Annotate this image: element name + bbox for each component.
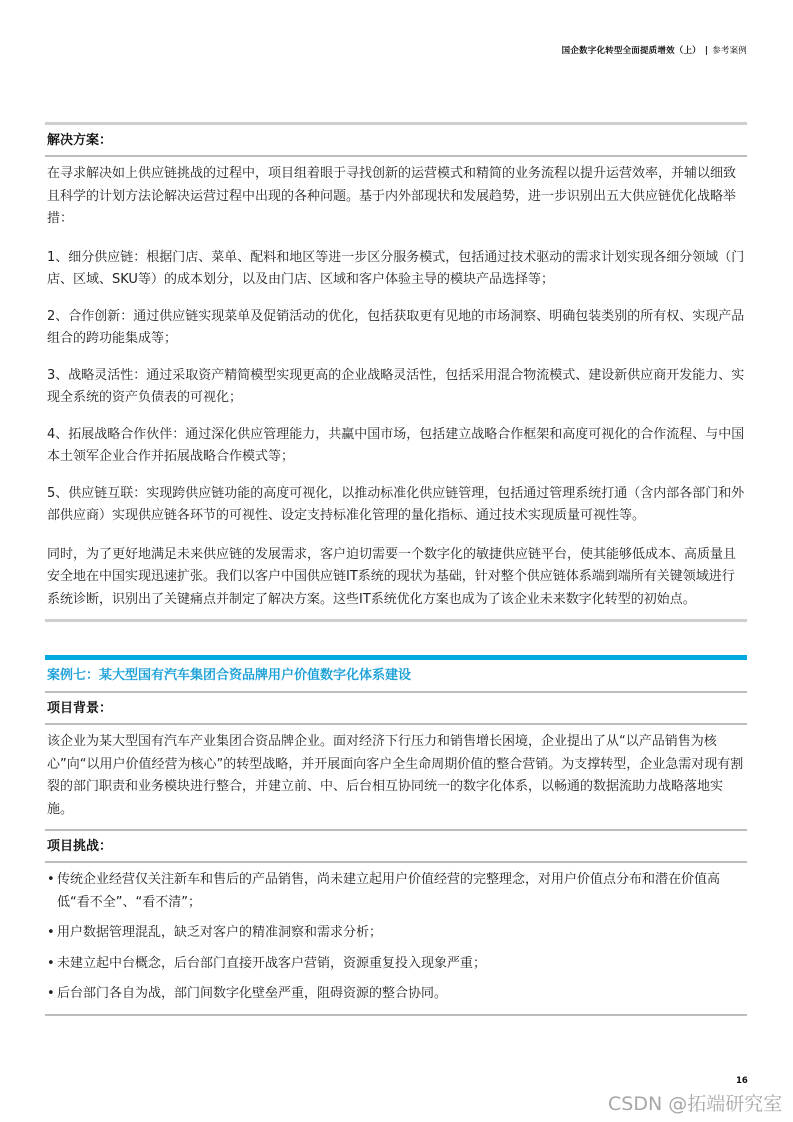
challenges-list: •传统企业经营仅关注新车和售后的产品销售，尚未建立起用户价值经营的完整理念，对用… [45, 863, 747, 1014]
solution-body: 在寻求解决如上供应链挑战的过程中，项目组着眼于寻找创新的运营模式和精简的业务流程… [45, 157, 747, 611]
bullet-icon: • [47, 922, 55, 945]
challenge-item: •未建立起中台概念，后台部门直接开战客户营销，资源重复投入现象严重； [47, 953, 745, 976]
page-content: 解决方案： 在寻求解决如上供应链挑战的过程中，项目组着眼于寻找创新的运营模式和精… [45, 122, 747, 1016]
strategy-list: 1、细分供应链：根据门店、菜单、配料和地区等进一步区分服务模式，包括通过技术驱动… [45, 247, 747, 528]
header-separator: | [705, 46, 708, 56]
background-text: 该企业为某大型国有汽车产业集团合资品牌企业。面对经济下行压力和销售增长困境，企业… [45, 731, 747, 821]
strategy-item: 4、拓展战略合作伙伴：通过深化供应管理能力，共赢中国市场，包括建立战略合作框架和… [45, 424, 747, 469]
strategy-item: 2、合作创新：通过供应链实现菜单及促销活动的优化，包括获取更有见地的市场洞察、明… [45, 306, 747, 351]
background-heading: 项目背景： [45, 693, 747, 723]
case-title: 案例七：某大型国有汽车集团合资品牌用户价值数字化体系建设 [45, 660, 747, 691]
page-number: 16 [736, 1076, 748, 1086]
strategy-item: 5、供应链互联：实现跨供应链功能的高度可视化，以推动标准化供应链管理，包括通过管… [45, 483, 747, 528]
running-header: 国企数字化转型全面提质增效（上）|参考案例 [562, 44, 747, 56]
solution-conclusion: 同时，为了更好地满足未来供应链的发展需求，客户迫切需要一个数字化的敏捷供应链平台… [45, 544, 747, 612]
divider [45, 1014, 747, 1016]
challenges-heading: 项目挑战： [45, 831, 747, 861]
bullet-icon: • [47, 869, 55, 892]
strategy-item: 1、细分供应链：根据门店、菜单、配料和地区等进一步区分服务模式，包括通过技术驱动… [45, 247, 747, 292]
solution-heading: 解决方案： [45, 125, 747, 155]
challenge-item: •传统企业经营仅关注新车和售后的产品销售，尚未建立起用户价值经营的完整理念，对用… [47, 869, 745, 914]
challenge-item: •用户数据管理混乱，缺乏对客户的精准洞察和需求分析； [47, 922, 745, 945]
bullet-icon: • [47, 953, 55, 976]
challenge-item: •后台部门各自为战，部门间数字化壁垒严重，阻碍资源的整合协同。 [47, 983, 745, 1006]
watermark: CSDN @拓端研究室 [608, 1089, 782, 1116]
header-subtitle: 参考案例 [712, 46, 747, 56]
header-title: 国企数字化转型全面提质增效（上） [562, 46, 701, 56]
background-body: 该企业为某大型国有汽车产业集团合资品牌企业。面对经济下行压力和销售增长困境，企业… [45, 725, 747, 829]
solution-intro: 在寻求解决如上供应链挑战的过程中，项目组着眼于寻找创新的运营模式和精简的业务流程… [45, 163, 747, 231]
bullet-icon: • [47, 983, 55, 1006]
strategy-item: 3、战略灵活性：通过采取资产精简模型实现更高的企业战略灵活性，包括采用混合物流模… [45, 365, 747, 410]
